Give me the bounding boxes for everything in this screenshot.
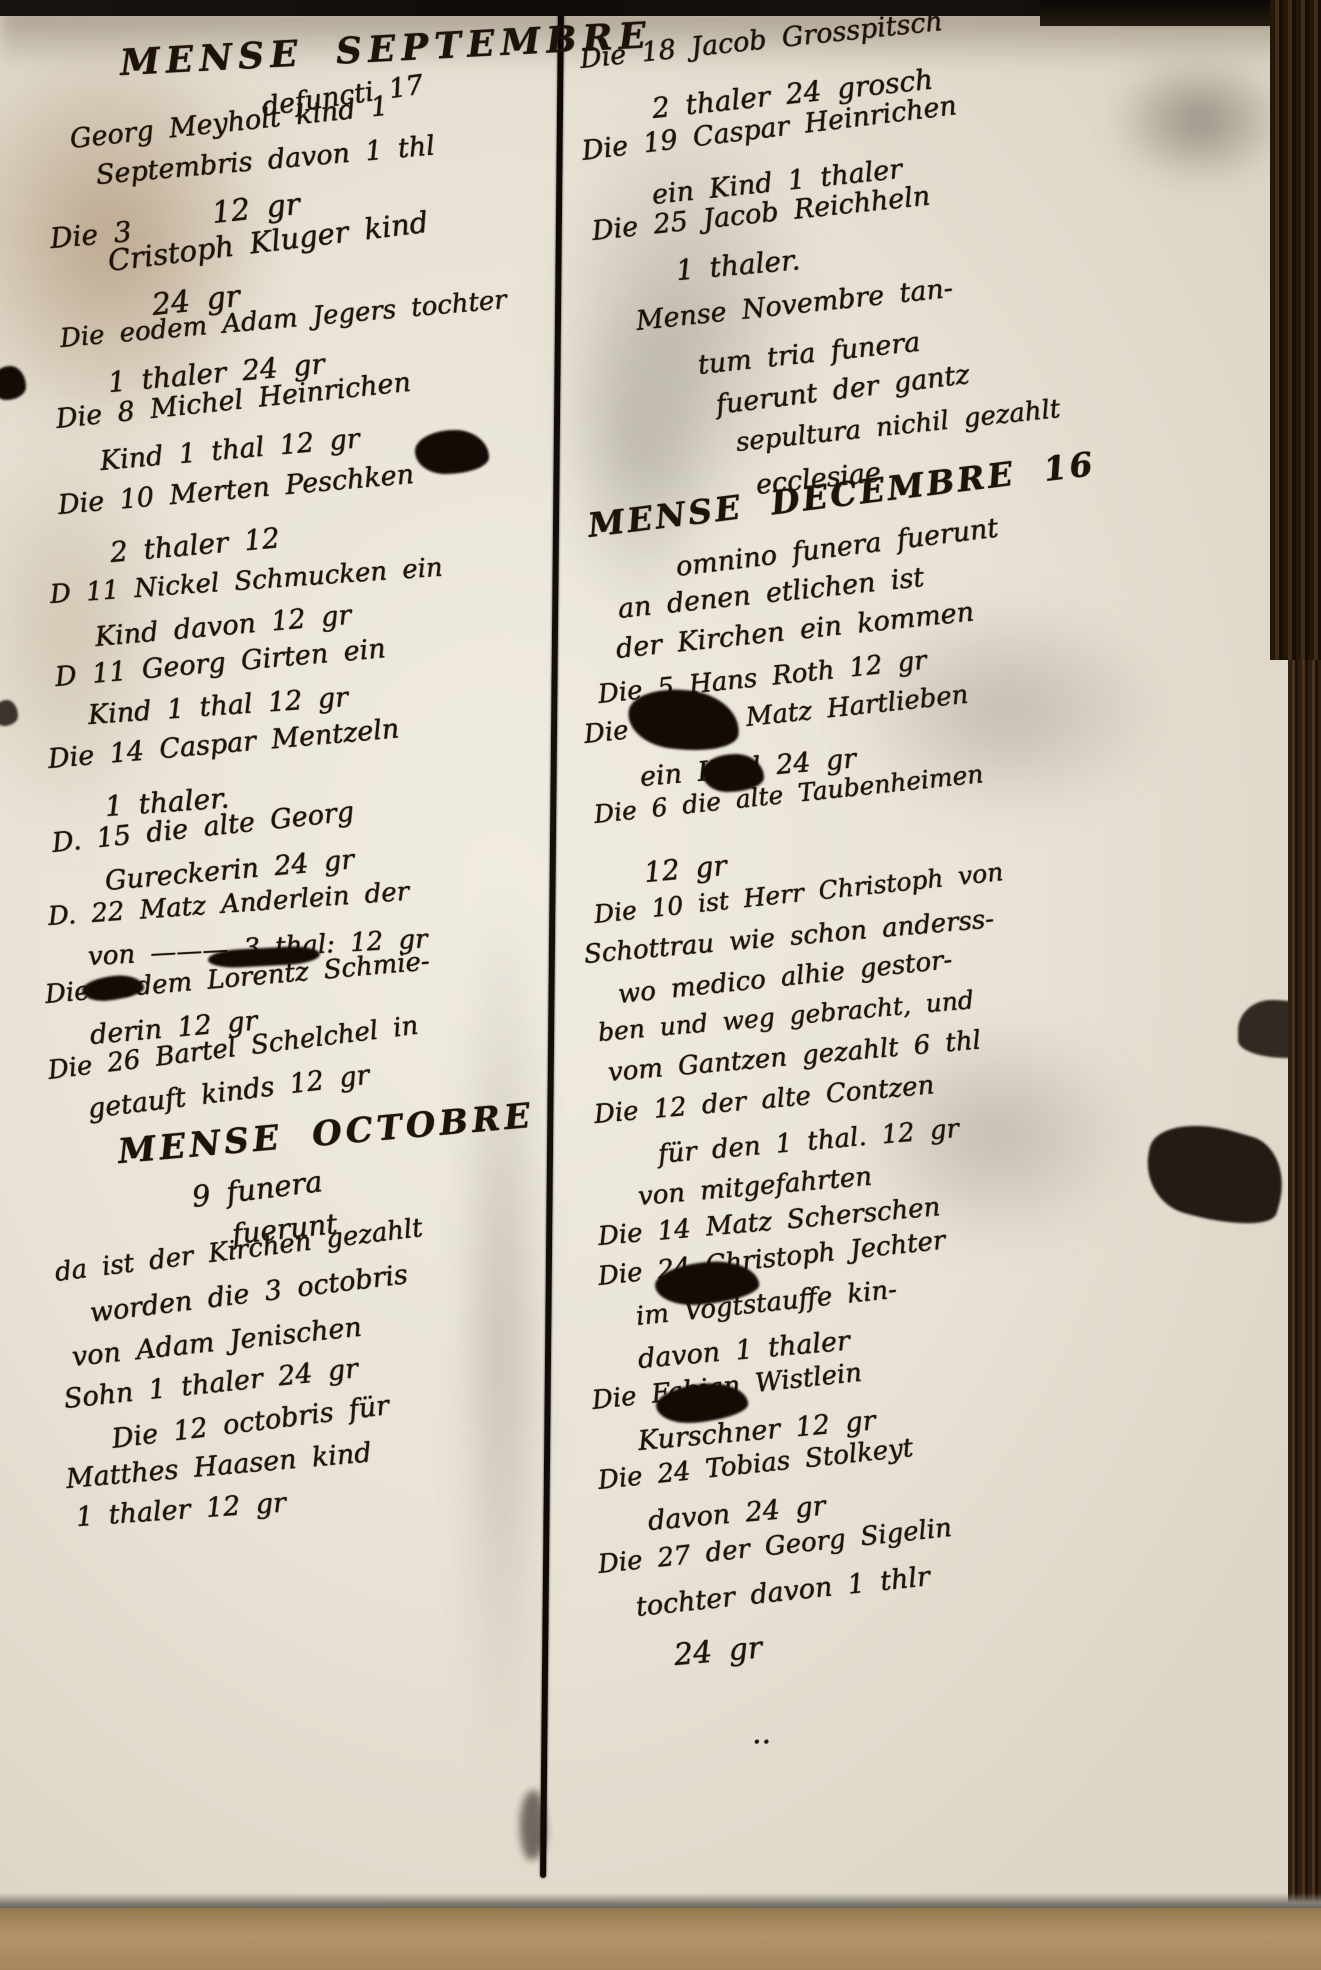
entry-line: D 11 Nickel Schmucken ein xyxy=(49,553,444,610)
entry-line: Die eodem Adam Jegers tochter xyxy=(59,285,508,354)
ink-splatter xyxy=(1135,1110,1295,1237)
stain-top-right-smudge xyxy=(1110,55,1290,185)
ink-blot xyxy=(415,430,489,474)
edge-spot xyxy=(0,700,18,726)
entry-line: 9 funera xyxy=(190,1164,324,1214)
stain-gutter-shadow xyxy=(462,880,542,1800)
entry-line: 12 gr xyxy=(643,849,728,889)
column-divider-rule xyxy=(540,6,564,1878)
ink-blot xyxy=(702,754,764,792)
bottom-cover-band xyxy=(0,1908,1321,1970)
entry-line: für den 1 thal. 12 gr xyxy=(657,1114,960,1170)
edge-spot xyxy=(0,366,26,400)
top-book-edge xyxy=(0,0,1321,16)
entry-line: Matthes Haasen kind xyxy=(65,1437,373,1495)
entry-line: .. xyxy=(752,1716,771,1751)
ink-smear xyxy=(520,1790,546,1860)
bottom-page-edge-line xyxy=(0,1893,1321,1911)
entry-line: 1 thaler 12 gr xyxy=(75,1487,287,1533)
ink-splatter xyxy=(1238,1000,1321,1058)
month-header-december: MENSE DECEMBRE 16 xyxy=(586,444,1098,545)
right-page-block-edge-upper xyxy=(1270,0,1321,660)
entry-line: 1 thaler. xyxy=(675,243,802,287)
top-right-book-edge xyxy=(1040,0,1321,26)
entry-line: 24 gr xyxy=(672,1630,763,1673)
entry-line: 2 thaler 12 xyxy=(109,521,281,569)
manuscript-page: MENSE SEPTEMBRE defuncti 17 Georg Meyhol… xyxy=(0,0,1321,1970)
right-page-block-edge xyxy=(1288,0,1321,1970)
